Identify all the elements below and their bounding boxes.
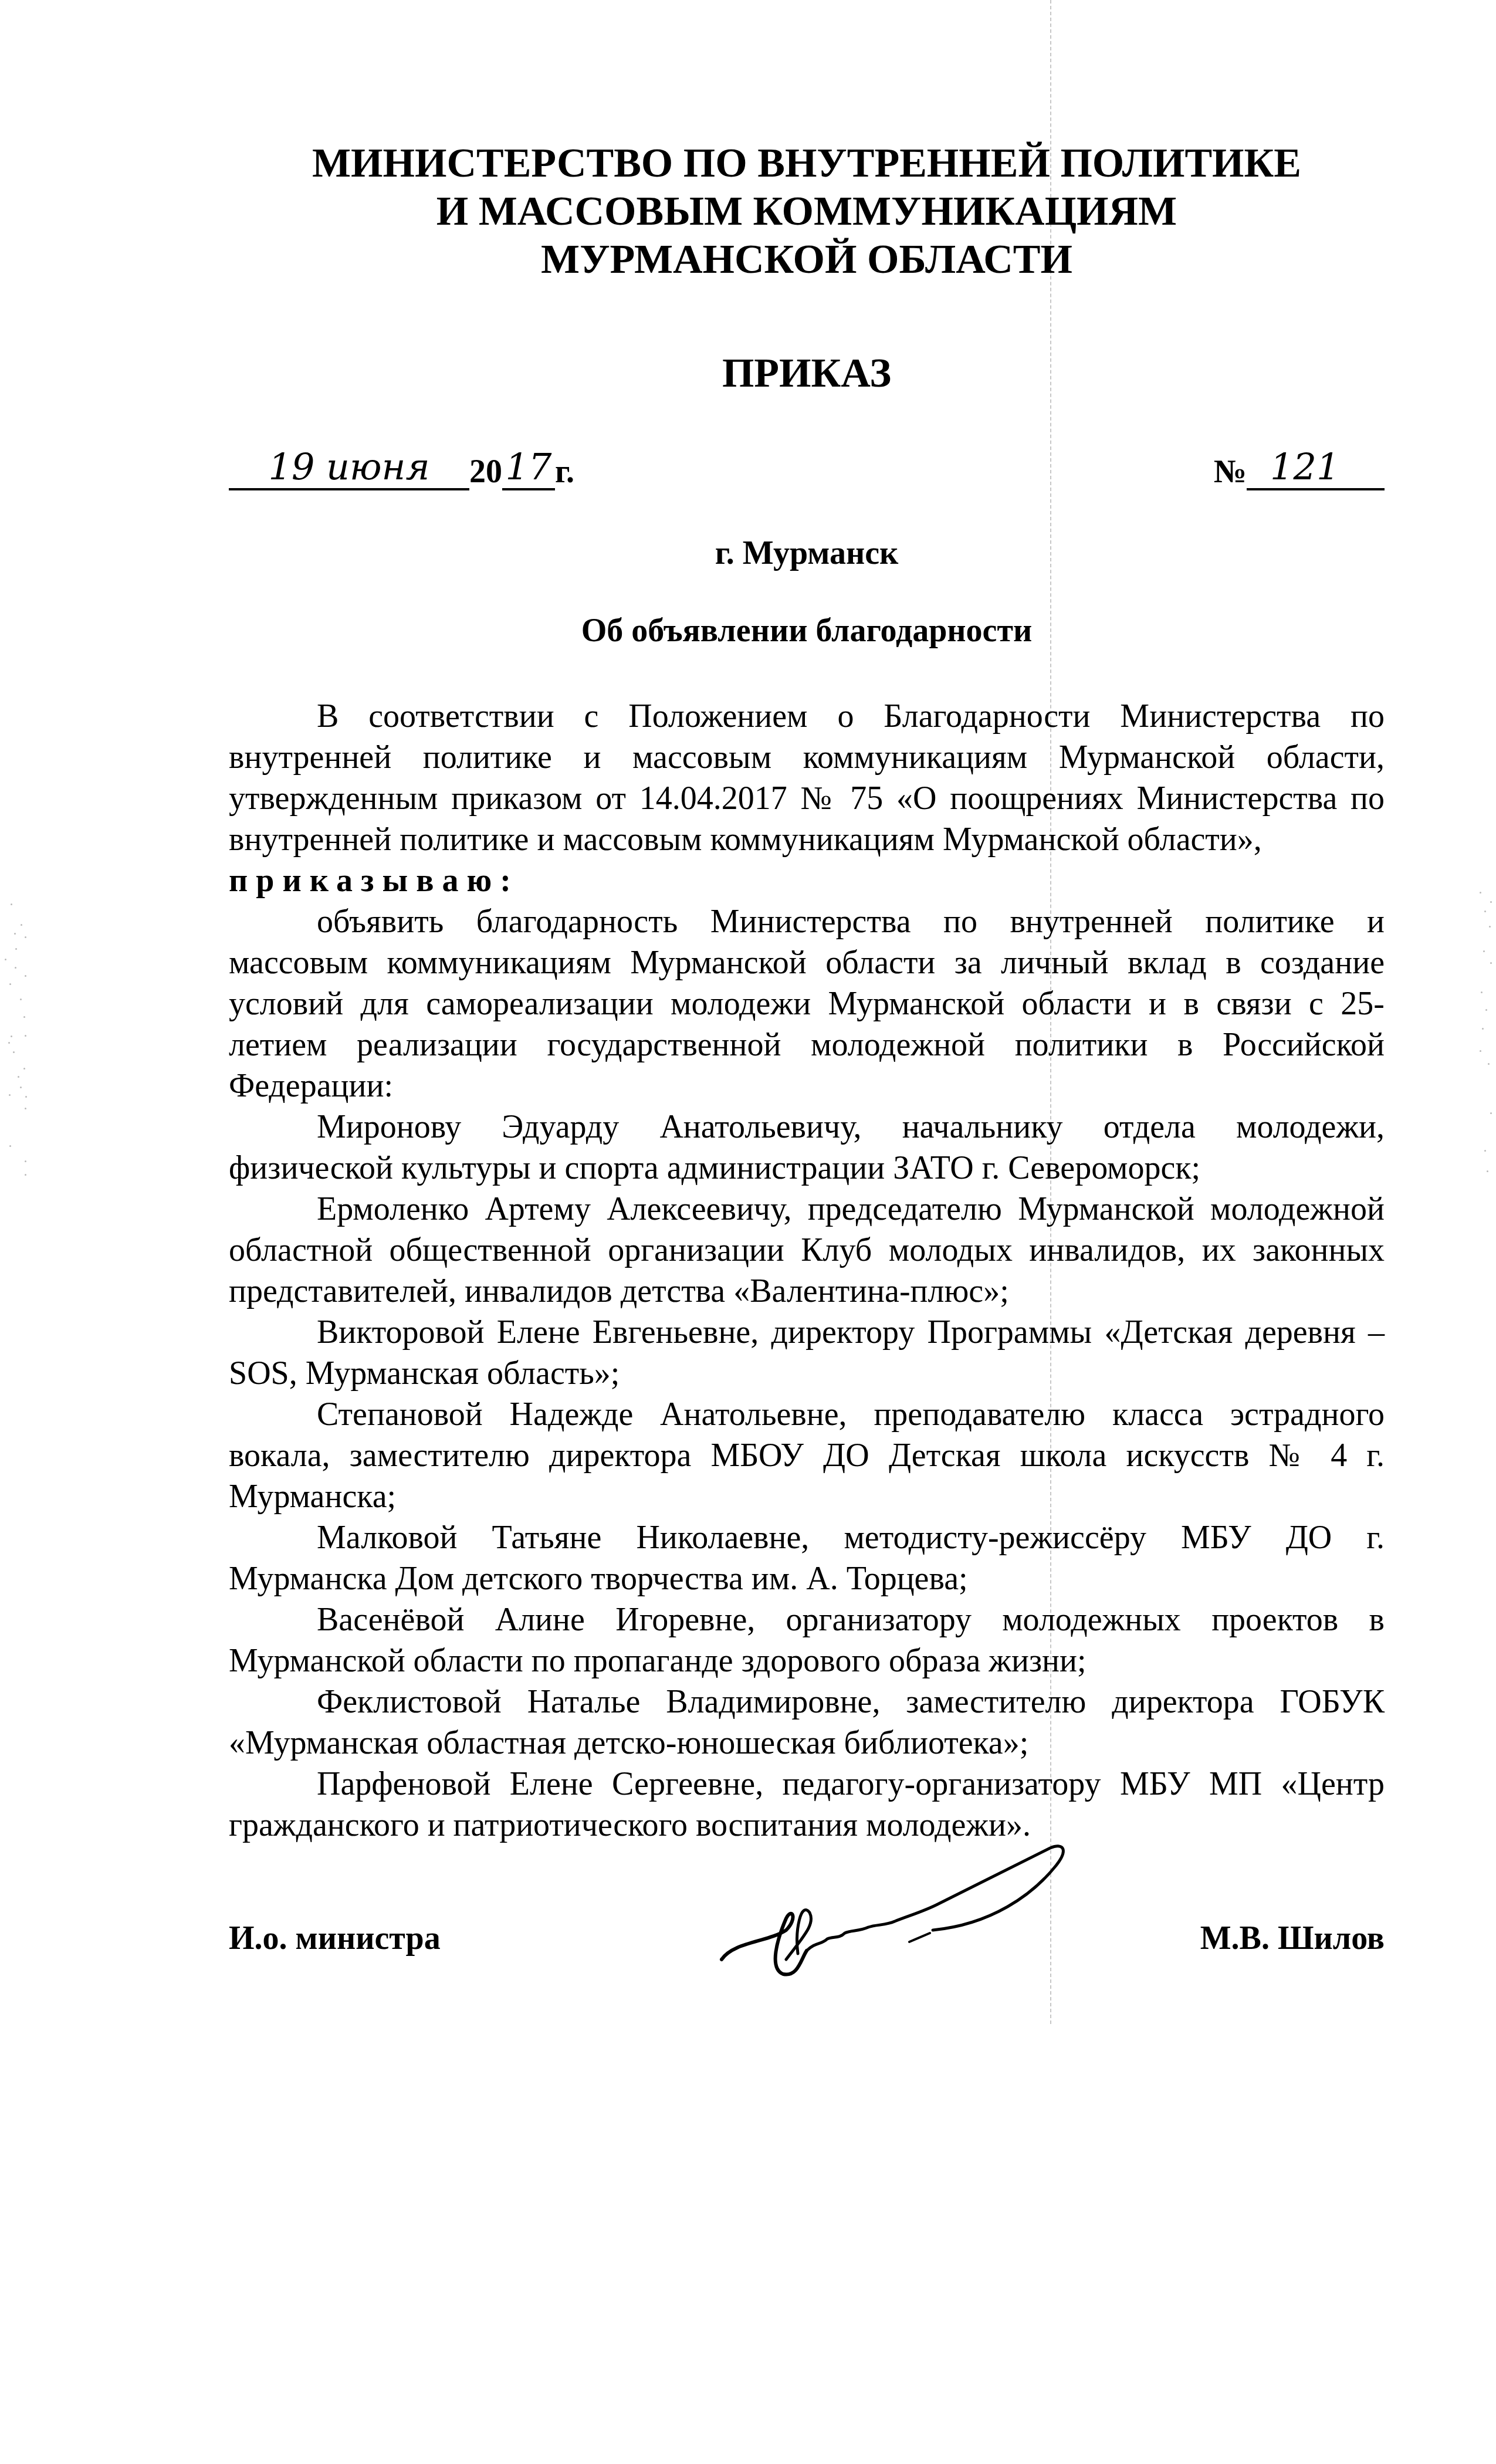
recipient-item: Миронову Эдуарду Анатольевичу, начальник…	[229, 1106, 1385, 1189]
order-body: В соответствии с Положением о Благодарно…	[229, 696, 1385, 1846]
order-number: №121	[1214, 446, 1385, 490]
recipient-item: Феклистовой Наталье Владимировне, замест…	[229, 1681, 1385, 1764]
handwritten-year-suffix: 17	[502, 446, 555, 490]
year-suffix-label: г.	[555, 453, 574, 490]
recipient-item: Малковой Татьяне Николаевне, методисту-р…	[229, 1517, 1385, 1599]
header-line: И МАССОВЫМ КОММУНИКАЦИЯМ	[229, 188, 1385, 236]
header-line: МУРМАНСКОЙ ОБЛАСТИ	[229, 236, 1385, 284]
header-line: МИНИСТЕРСТВО ПО ВНУТРЕННЕЙ ПОЛИТИКЕ	[229, 140, 1385, 188]
recipient-item: Степановой Надежде Анатольевне, преподав…	[229, 1394, 1385, 1517]
handwritten-day-month: 19 июня	[229, 446, 469, 490]
recipient-item: Викторовой Елене Евгеньевне, директору П…	[229, 1312, 1385, 1394]
recipient-item: Ермоленко Артему Алексеевичу, председате…	[229, 1189, 1385, 1312]
order-subject: Об объявлении благодарности	[229, 610, 1385, 651]
handwritten-order-number: 121	[1247, 446, 1385, 490]
order-date: 19 июня2017г.	[229, 446, 574, 490]
ministry-header: МИНИСТЕРСТВО ПО ВНУТРЕННЕЙ ПОЛИТИКЕ И МА…	[229, 140, 1385, 284]
recipient-item: Васенёвой Алине Игоревне, организатору м…	[229, 1599, 1385, 1681]
year-prefix: 20	[469, 453, 502, 490]
signature-block: И.о. министра М.В. Шилов	[229, 1907, 1385, 1977]
city-line: г. Мурманск	[229, 533, 1385, 574]
order-directive: приказываю:	[229, 860, 1385, 901]
number-sign: №	[1214, 453, 1247, 490]
document-page: МИНИСТЕРСТВО ПО ВНУТРЕННЕЙ ПОЛИТИКЕ И МА…	[0, 0, 1496, 2464]
signatory-name: М.В. Шилов	[1200, 1920, 1385, 1957]
date-number-row: 19 июня2017г. №121	[229, 446, 1385, 505]
recipient-item: Парфеновой Елене Сергеевне, педагогу-орг…	[229, 1764, 1385, 1846]
handwritten-signature-icon	[698, 1842, 1156, 1995]
preamble-paragraph: В соответствии с Положением о Благодарно…	[229, 696, 1385, 860]
main-clause-paragraph: объявить благодарность Министерства по в…	[229, 901, 1385, 1106]
signatory-role: И.о. министра	[229, 1920, 441, 1957]
order-title: ПРИКАЗ	[229, 350, 1385, 398]
